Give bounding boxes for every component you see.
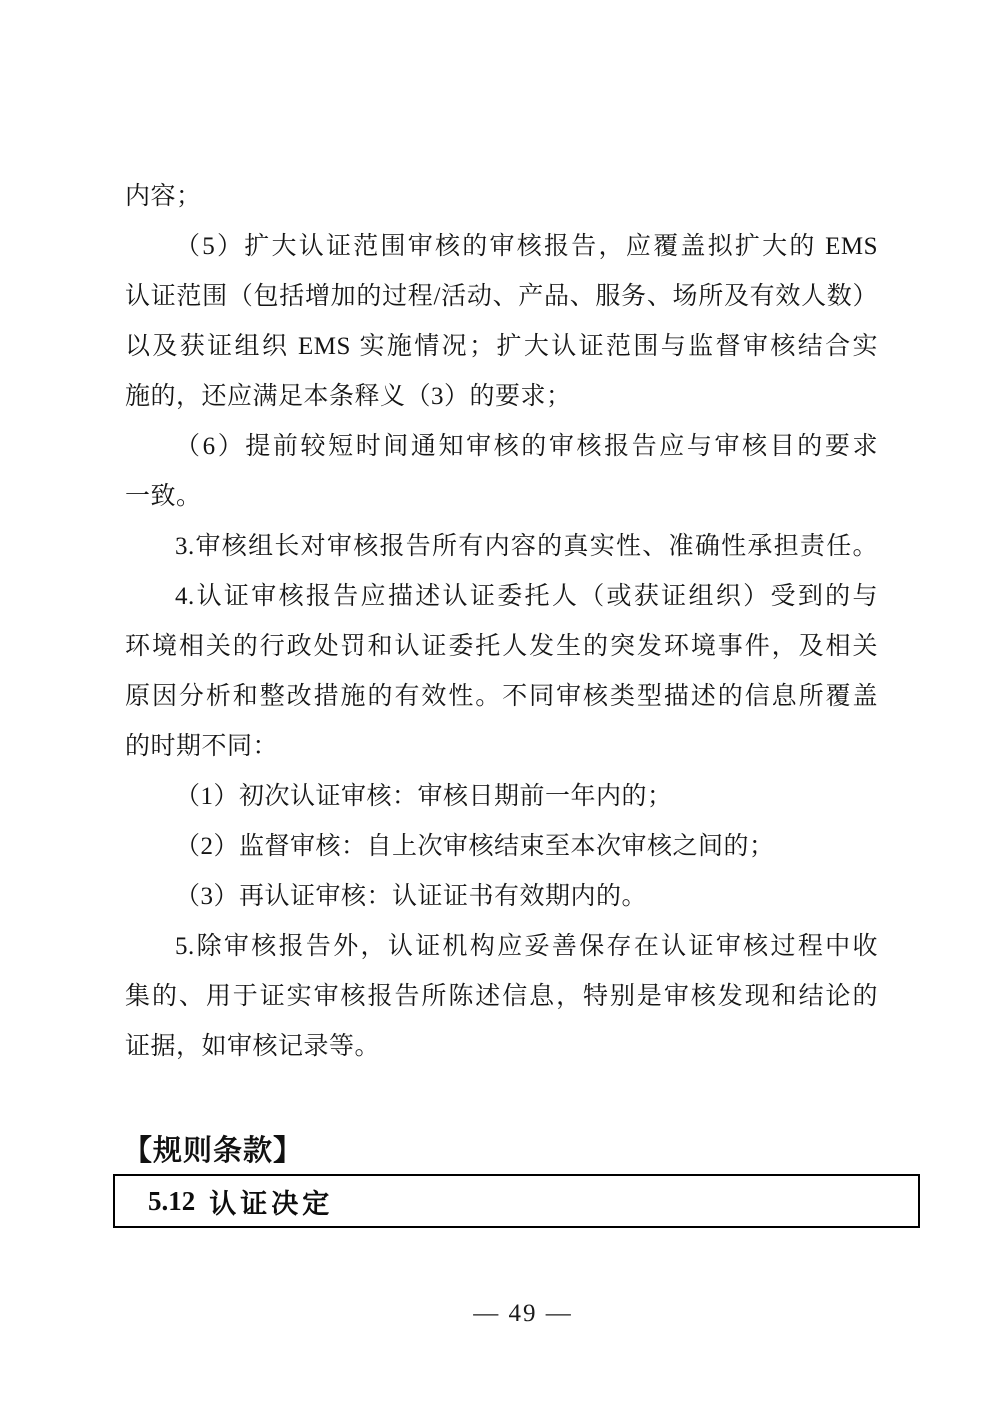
body-text-line: （6）提前较短时间通知审核的审核报告应与审核目的要求 [125,422,878,472]
body-text-line: 以及获证组织 EMS 实施情况；扩大认证范围与监督审核结合实 [125,322,878,372]
body-text-line: 一致。 [125,472,878,522]
section-heading: 【规则条款】 [123,1134,303,1168]
body-text-line: 4.认证审核报告应描述认证委托人（或获证组织）受到的与 [125,572,878,622]
body-text-line: 证据，如审核记录等。 [125,1022,878,1072]
body-text-line: 原因分析和整改措施的有效性。不同审核类型描述的信息所覆盖 [125,672,878,722]
body-text-line: 环境相关的行政处罚和认证委托人发生的突发环境事件，及相关 [125,622,878,672]
document-page: 内容； （5）扩大认证范围审核的审核报告，应覆盖拟扩大的 EMS 认证范围（包括… [0,0,1000,1414]
body-text-line: 5.除审核报告外，认证机构应妥善保存在认证审核过程中收 [125,922,878,972]
body-text-line: 内容； [125,172,878,222]
body-text-line: 3.审核组长对审核报告所有内容的真实性、准确性承担责任。 [125,522,878,572]
body-text-line: （3）再认证审核：认证证书有效期内的。 [125,872,878,922]
clause-box: 5.12 认证决定 [113,1174,920,1228]
body-text-line: 认证范围（包括增加的过程/活动、产品、服务、场所及有效人数） [125,272,878,322]
clause-number: 5.12 [148,1186,195,1217]
page-number: — 49 — [0,1300,1000,1328]
clause-title: 认证决定 [209,1182,333,1221]
body-text-line: （2）监督审核：自上次审核结束至本次审核之间的； [125,822,878,872]
body-text-block: 内容； （5）扩大认证范围审核的审核报告，应覆盖拟扩大的 EMS 认证范围（包括… [125,172,878,1072]
body-text-line: （1）初次认证审核：审核日期前一年内的； [125,772,878,822]
body-text-line: 的时期不同： [125,722,878,772]
body-text-line: （5）扩大认证范围审核的审核报告，应覆盖拟扩大的 EMS [125,222,878,272]
body-text-line: 集的、用于证实审核报告所陈述信息，特别是审核发现和结论的 [125,972,878,1022]
body-text-line: 施的，还应满足本条释义（3）的要求； [125,372,878,422]
